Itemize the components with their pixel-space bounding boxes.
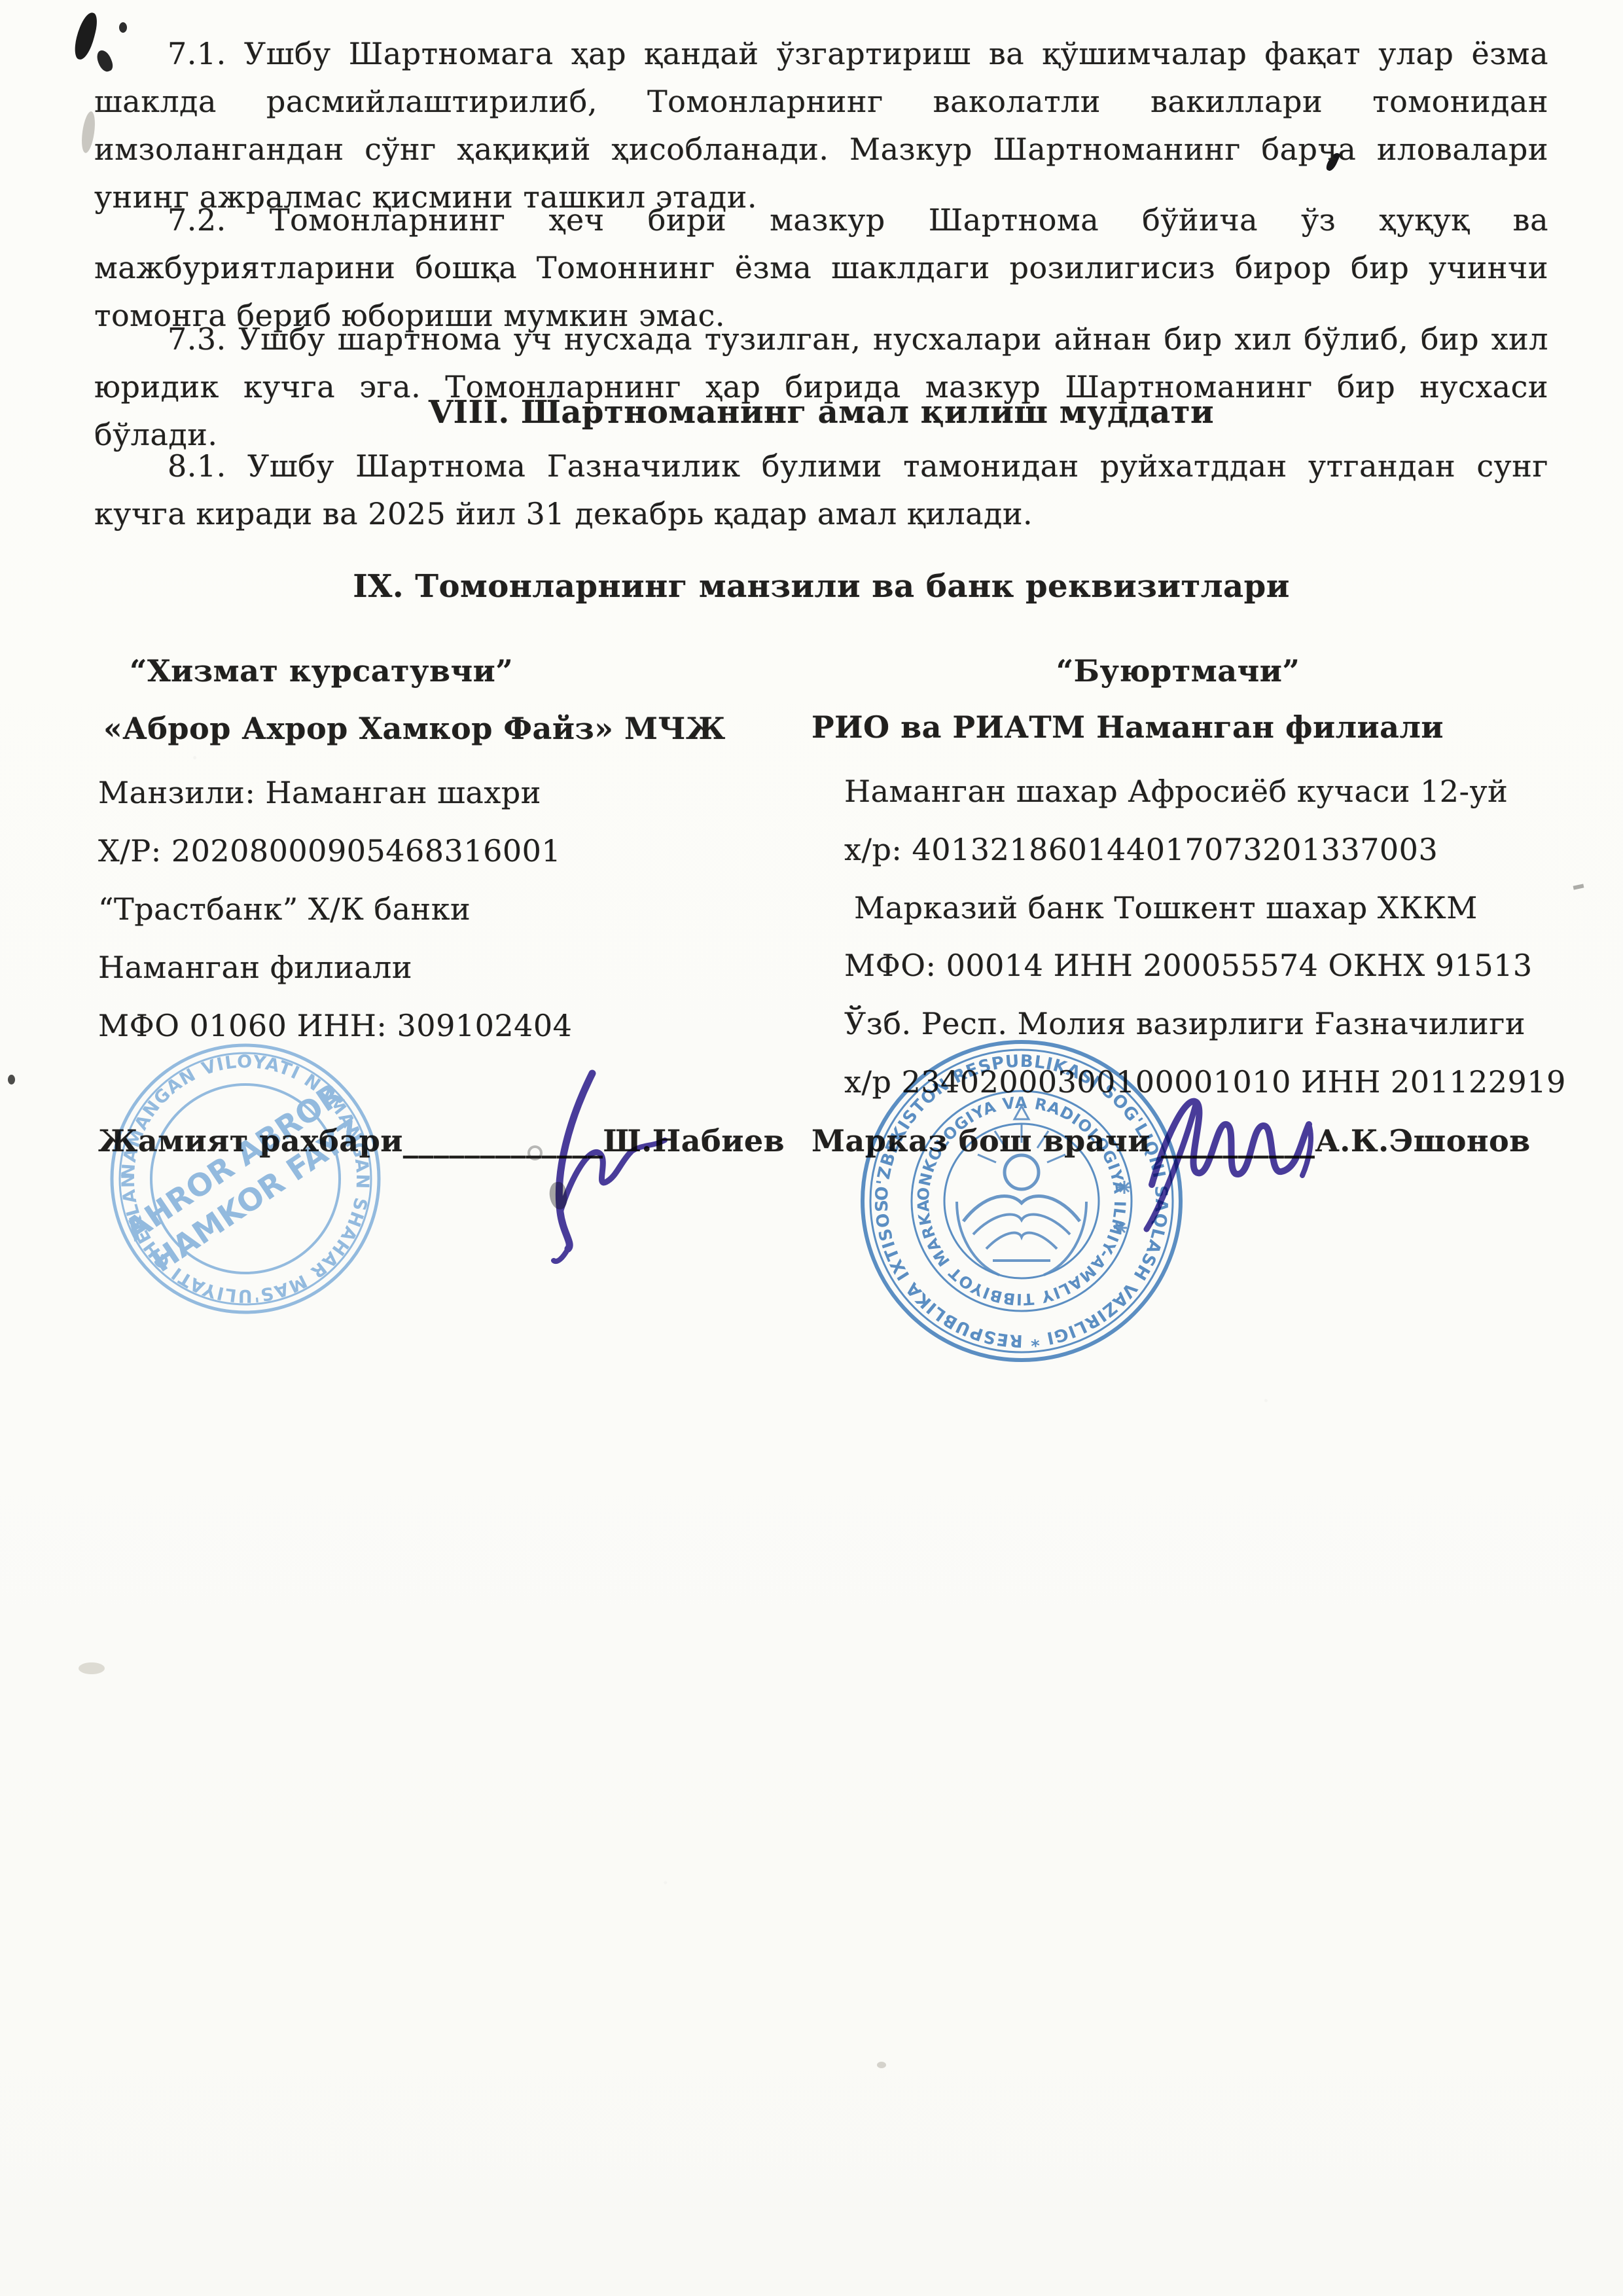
- right-party-account: х/р: 401321860144017073201337003: [844, 832, 1438, 867]
- edge-dash: [1573, 884, 1584, 889]
- left-party-branch: Наманган филиали: [98, 950, 412, 985]
- edge-dot: [8, 1075, 15, 1085]
- paper-smudge: [79, 1662, 105, 1674]
- left-party-bank: “Трастбанк” Х/К банки: [98, 891, 471, 927]
- clause-7-3: 7.3. Ушбу шартнома уч нусхада тузилган, …: [94, 315, 1548, 459]
- right-party-name: РИО ва РИАТМ Наманган филиали: [811, 709, 1444, 745]
- left-signature-ink: [445, 1047, 720, 1270]
- right-signature-ink: [1113, 1054, 1348, 1250]
- left-company-stamp: NAMANGAN VILOYATI NAMANGAN SHAHAR MAS'UL…: [105, 1038, 386, 1319]
- clause-8-1: 8.1. Ушбу Шартнома Газначилик булими там…: [94, 442, 1548, 538]
- right-party-mfo-inn-oknh: МФО: 00014 ИНН 200055574 ОКНХ 91513: [844, 948, 1533, 983]
- right-party-address: Наманган шахар Афросиёб кучаси 12-уй: [844, 774, 1508, 809]
- left-party-account: Х/Р: 20208000905468316001: [98, 833, 561, 869]
- right-party-bank: Марказий банк Тошкент шахар ХККМ: [854, 890, 1478, 925]
- scanned-contract-page: 7.1. Ушбу Шартномага ҳар қандай ўзгартир…: [0, 0, 1623, 2296]
- left-party-name: «Аброр Ахрор Хамкор Файз» МЧЖ: [103, 711, 726, 746]
- right-party-treasury: Ўзб. Респ. Молия вазирлиги Ғазначилиги: [844, 1006, 1525, 1041]
- left-party-role: “Хизмат курсатувчи”: [130, 653, 513, 689]
- left-party-address: Манзили: Наманган шахри: [98, 775, 541, 810]
- paper-smudge: [877, 2062, 886, 2068]
- clause-7-1: 7.1. Ушбу Шартномага ҳар қандай ўзгартир…: [94, 30, 1548, 221]
- section-8-heading: VIII. Шартноманинг амал қилиш муддати: [94, 394, 1548, 431]
- right-party-role: “Буюртмачи”: [811, 653, 1544, 689]
- section-9-heading: IX. Томонларнинг манзили ва банк реквизи…: [94, 568, 1548, 605]
